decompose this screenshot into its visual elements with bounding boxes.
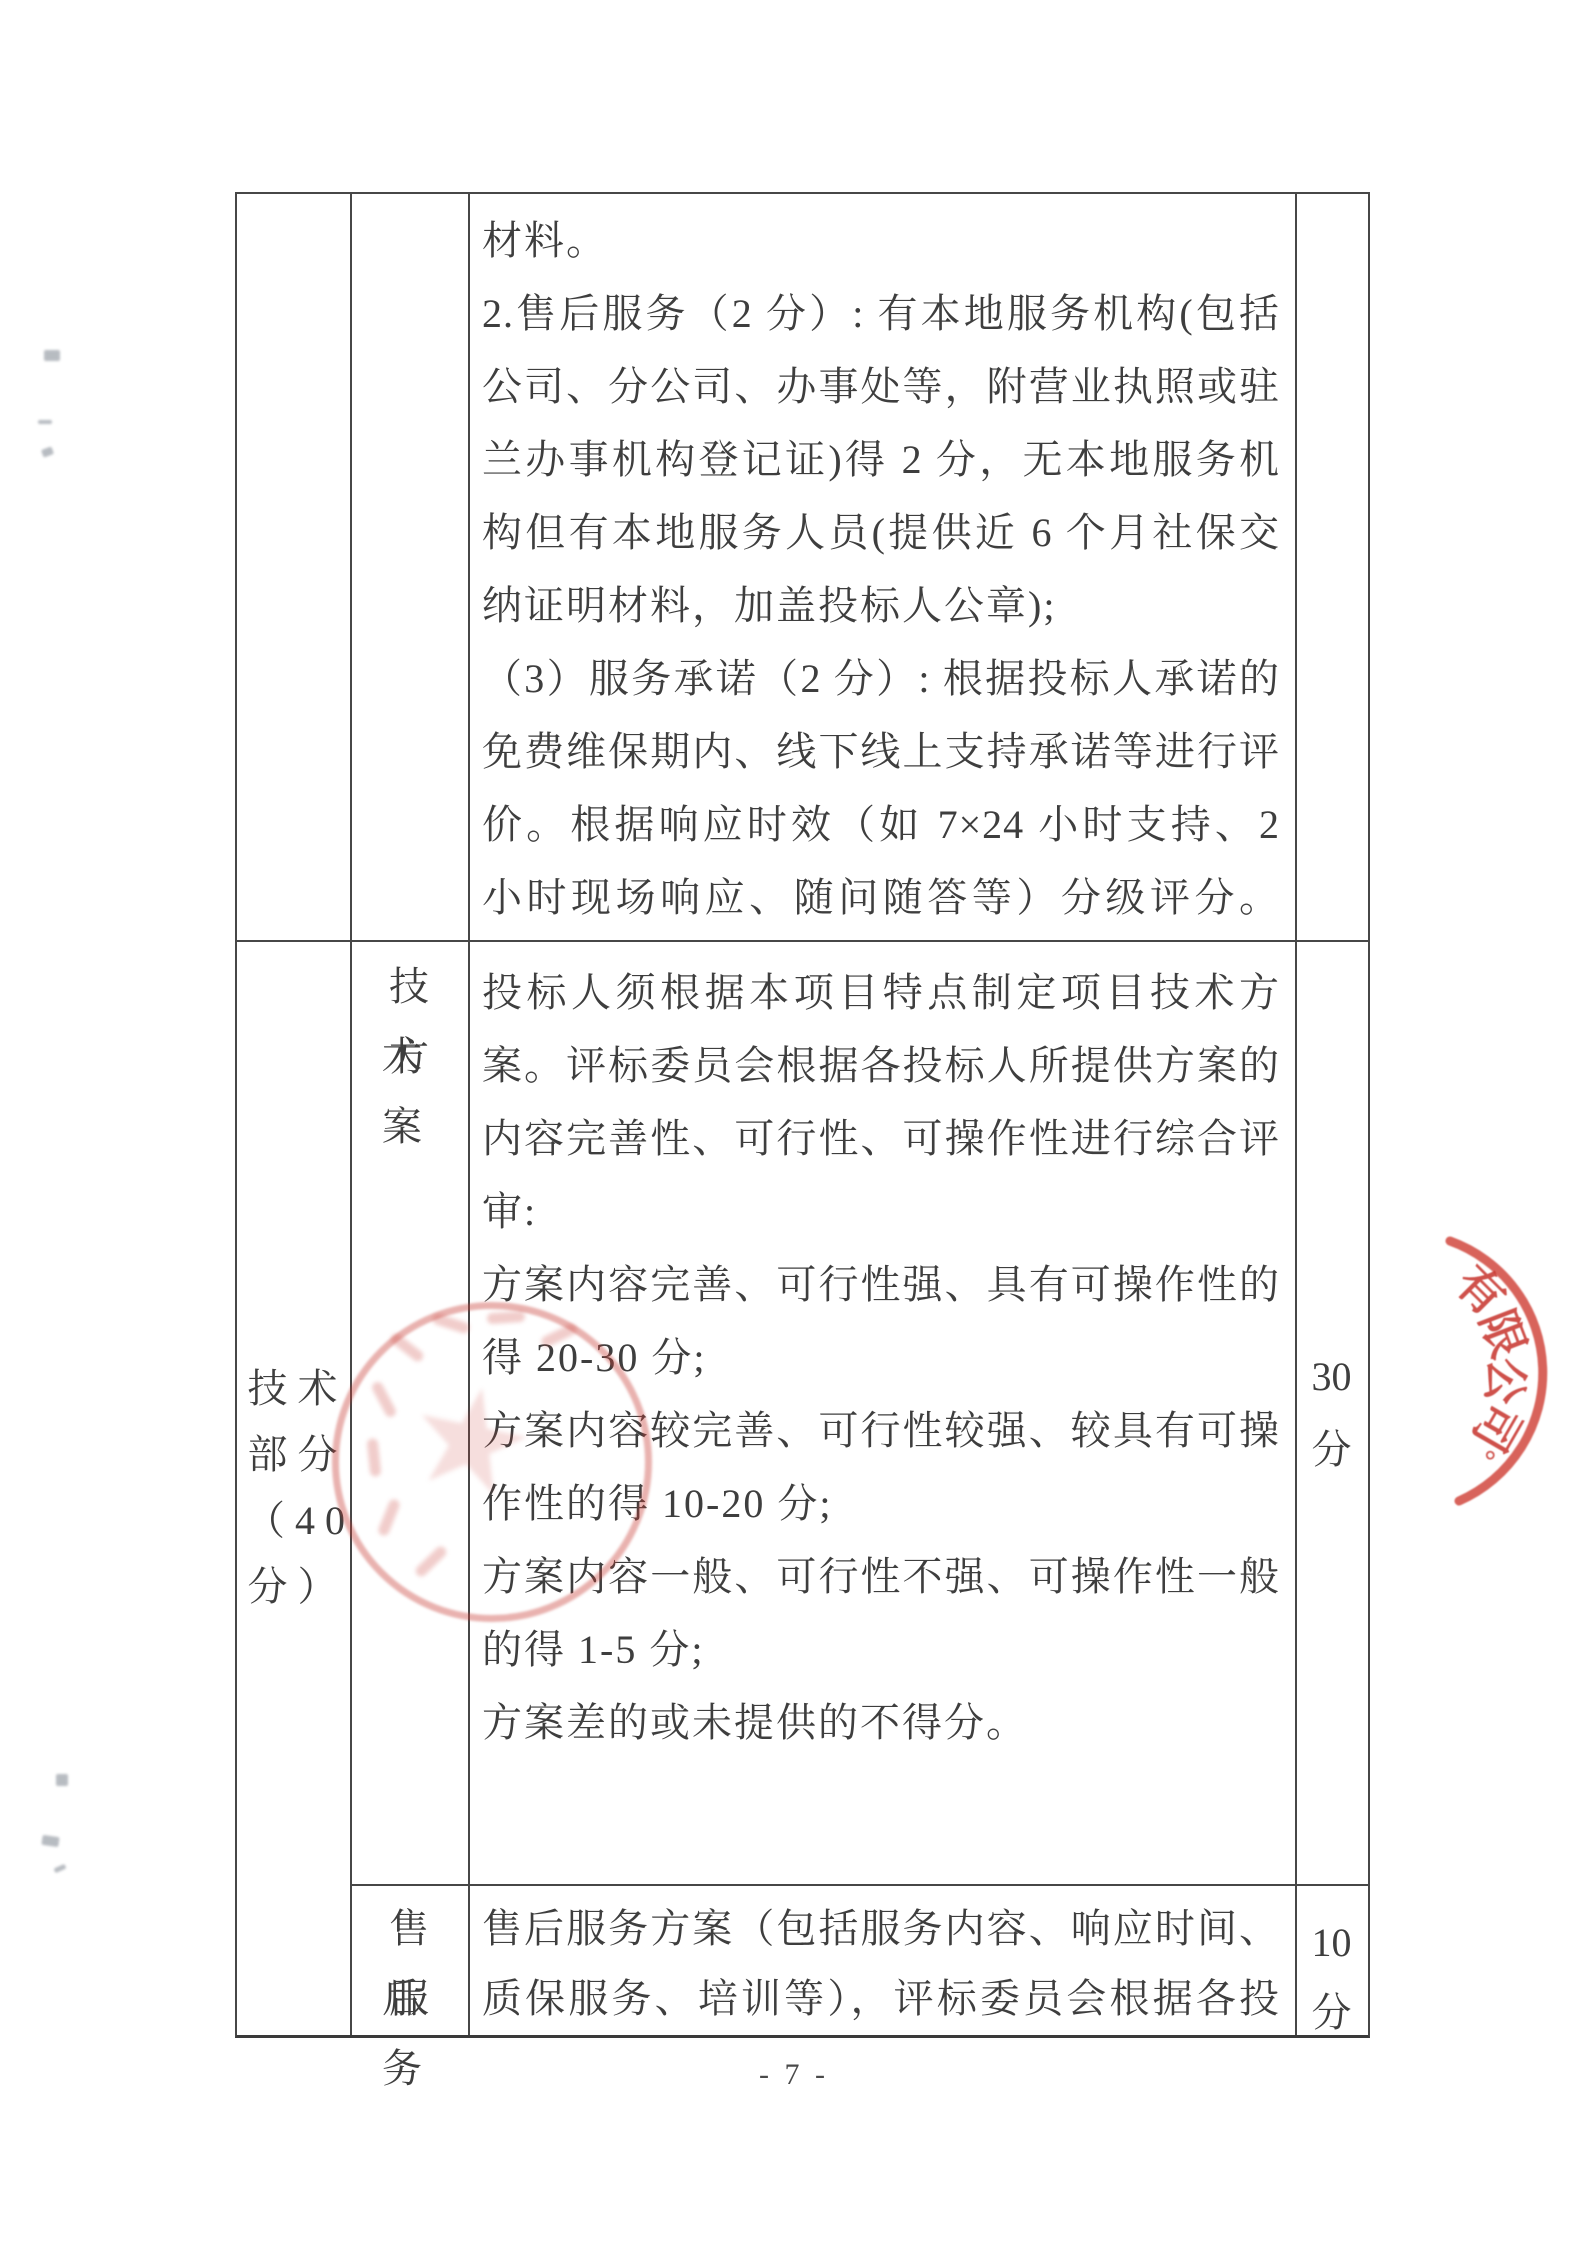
section-label-line: 技术 [235, 1356, 350, 1422]
item-label-line: 服务 [350, 1964, 468, 2034]
scan-artifact [42, 448, 53, 456]
table-cell-criteria-row3: 售后服务方案（包括服务内容、响应时间、 质保服务、培训等），评标委员会根据各投 [482, 1894, 1280, 2034]
page-number: - 7 - [0, 2058, 1588, 2092]
table-row-divider-1 [237, 940, 1368, 942]
table-cell-criteria-row1: 材料。 2.售后服务（2 分）: 有本地服务机构(包括 公司、分公司、办事处等，… [482, 204, 1280, 934]
criteria-text-line: 构但有本地服务人员(提供近 6 个月社保交 [482, 496, 1280, 569]
table-column-divider-3 [1295, 194, 1297, 2035]
criteria-text-line: 小时现场响应、随问随答等）分级评分。 [482, 861, 1280, 934]
item-label-line: 技术 [350, 952, 468, 1022]
section-label-line: 分） [235, 1554, 350, 1620]
item-label-line: 售后 [350, 1894, 468, 1964]
table-column-divider-1 [350, 194, 352, 2035]
criteria-text-line: 公司、分公司、办事处等，附营业执照或驻 [482, 350, 1280, 423]
table-cell-item-label-row2: 技术 方案 [350, 952, 468, 1092]
table-cell-item-label-row3: 售后 服务 [350, 1894, 468, 2034]
table-row-divider-2 [350, 1884, 1368, 1886]
criteria-text-line: 质保服务、培训等），评标委员会根据各投 [482, 1964, 1280, 2034]
criteria-text-line: 2.售后服务（2 分）: 有本地服务机构(包括 [482, 277, 1280, 350]
criteria-text-line: （3）服务承诺（2 分）: 根据投标人承诺的 [482, 642, 1280, 715]
item-label-line: 方案 [350, 1022, 468, 1092]
criteria-text-line: 价。根据响应时效（如 7×24 小时支持、2 [482, 788, 1280, 861]
criteria-text-line: 售后服务方案（包括服务内容、响应时间、 [482, 1894, 1280, 1964]
criteria-text-line: 方案内容完善、可行性强、具有可操作性的 [482, 1248, 1280, 1321]
criteria-text-line: 兰办事机构登记证)得 2 分，无本地服务机 [482, 423, 1280, 496]
criteria-text-line: 投标人须根据本项目特点制定项目技术方 [482, 956, 1280, 1029]
scan-artifact [38, 420, 52, 424]
scan-artifact [42, 1836, 59, 1846]
company-seal-arc [1230, 1200, 1588, 1560]
scan-artifact [54, 1866, 66, 1871]
score-unit: 分 [1295, 1978, 1368, 2048]
criteria-text-line: 方案差的或未提供的不得分。 [482, 1686, 1280, 1759]
table-cell-section-label: 技术 部分 （40 分） [235, 1356, 350, 1620]
scan-artifact [56, 1774, 68, 1786]
scanned-document-page: { "page": { "number_label": "- 7 -" }, "… [0, 0, 1588, 2246]
criteria-text-line: 内容完善性、可行性、可操作性进行综合评 [482, 1102, 1280, 1175]
criteria-text-line: 免费维保期内、线下线上支持承诺等进行评 [482, 715, 1280, 788]
criteria-text-line: 的得 1-5 分; [482, 1613, 1280, 1686]
criteria-text-line: 材料。 [482, 204, 1280, 277]
criteria-text-line: 纳证明材料，加盖投标人公章); [482, 569, 1280, 642]
table-cell-score-row3: 10 分 [1295, 1908, 1368, 2048]
criteria-text-line: 审: [482, 1175, 1280, 1248]
criteria-text-line: 案。评标委员会根据各投标人所提供方案的 [482, 1029, 1280, 1102]
scan-artifact [44, 350, 60, 361]
table-column-divider-2 [468, 194, 470, 2035]
score-value: 10 [1295, 1908, 1368, 1978]
section-label-line: （40 [235, 1488, 350, 1554]
